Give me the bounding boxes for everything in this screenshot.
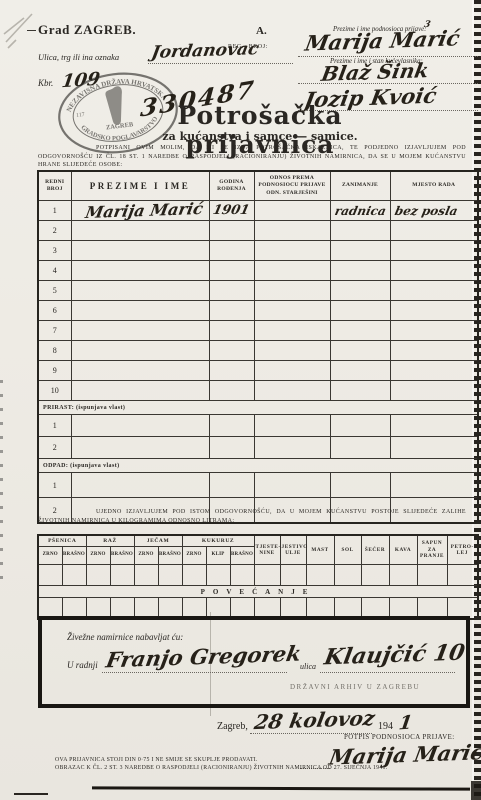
- street2-label: ulica: [300, 662, 316, 671]
- group-kukuruz: KUKURUZ: [182, 535, 254, 547]
- col-tjestenine: TJESTE- NINE: [254, 535, 280, 565]
- date-handwritten: 28 kolovoz: [252, 706, 376, 734]
- row-number: 4: [38, 261, 71, 281]
- table-row: 8: [38, 341, 478, 361]
- col-mast: MAST: [306, 535, 334, 565]
- group-jecam: JEČAM: [134, 535, 182, 547]
- sub-brasno: BRAŠNO: [230, 547, 254, 565]
- street2-rule: [320, 672, 455, 673]
- col-sapun: SAPUN ZA PRANJE: [417, 535, 447, 565]
- table-row: 1: [38, 473, 478, 498]
- row-number: 7: [38, 321, 71, 341]
- persons-header-row: REDNI BROJ PREZIME I IME GODINA ROĐENJA …: [38, 171, 478, 201]
- table-row: 1 Marija Marić 1901 radnica bez posla: [38, 201, 478, 221]
- col-sol: SOL: [334, 535, 361, 565]
- col-kava: KAVA: [389, 535, 417, 565]
- row-number: 1: [38, 201, 71, 221]
- group-raz: RAŽ: [86, 535, 134, 547]
- table-row: 5: [38, 281, 478, 301]
- supplies-group-header-row: PŠENICA RAŽ JEČAM KUKURUZ TJESTE- NINE J…: [38, 535, 478, 547]
- fineprint-line2: OBRAZAC K ČL. 2 ST. 3 NAREDBE O RASPODJE…: [55, 765, 388, 771]
- purchase-declaration-box: Živežne namirnice nabavljat ću: U radnji…: [38, 616, 470, 708]
- street-value-handwritten: Jordanovac: [150, 39, 260, 63]
- sub-zrno: ZRNO: [86, 547, 110, 565]
- table-row: 6: [38, 301, 478, 321]
- row-number: 6: [38, 301, 71, 321]
- supplies-table: PŠENICA RAŽ JEČAM KUKURUZ TJESTE- NINE J…: [37, 534, 479, 620]
- row-number: 5: [38, 281, 71, 301]
- reg-broj-label: REG.- BROJ:: [228, 44, 268, 50]
- archive-stamp-text: DRŽAVNI ARHIV U ZAGREBU: [290, 683, 420, 691]
- date-city-label: Zagreb,: [217, 721, 248, 732]
- persons-table: REDNI BROJ PREZIME I IME GODINA ROĐENJA …: [37, 170, 479, 524]
- sub-zrno: ZRNO: [38, 547, 62, 565]
- table-row: 1: [38, 415, 478, 437]
- fineprint-line1: OVA PRIJAVNICA STOJI DIN 0·75 I NE SMIJE…: [55, 757, 258, 763]
- signature-label: POTPIS PODNOSIOCA PRIJAVE:: [344, 734, 455, 741]
- street-rule: [148, 63, 293, 64]
- prirast-section-row: PRIRAST: (ispunjava vlast): [38, 401, 478, 415]
- shop-street-handwritten: Klaujčić 10: [322, 640, 467, 671]
- year-handwritten: 1: [397, 712, 414, 735]
- scan-bottom-tick: [14, 793, 48, 795]
- form-subtitle: za kućanstva i samce — samice.: [105, 130, 415, 143]
- odpad-section-row: ODPAD: (ispunjava vlast): [38, 459, 478, 473]
- applicant-name-handwritten: Marija Marić: [303, 25, 462, 55]
- year-printed: 194: [378, 721, 393, 732]
- sub-brasno: BRAŠNO: [110, 547, 134, 565]
- purchase-label: Živežne namirnice nabavljat ću:: [67, 632, 183, 642]
- col-header-name: PREZIME I IME: [71, 171, 209, 201]
- supplies-empty-row: [38, 565, 478, 586]
- col-header-workplace: MJESTO RADA: [390, 171, 478, 201]
- row-number: 1: [38, 473, 71, 498]
- col-jestivo-ulje: JESTIVO ULJE: [280, 535, 306, 565]
- prirast-label: PRIRAST: (ispunjava vlast): [38, 401, 478, 415]
- row-number: 2: [38, 437, 71, 459]
- sub-zrno: ZRNO: [134, 547, 158, 565]
- table-row: 3: [38, 241, 478, 261]
- intro-paragraph: POTPISANI OVIM MOLIM, DA MI SE IZDA POTR…: [38, 144, 466, 170]
- scanned-form-page: Grad ZAGREB. Ulica, trg ili ina oznaka J…: [0, 0, 481, 800]
- row-number: 9: [38, 361, 71, 381]
- person-year-handwritten: 1901: [212, 203, 251, 218]
- stray-dash: [27, 30, 36, 31]
- povecanje-label: POVEĆANJE: [38, 586, 478, 598]
- landlord-name1-handwritten: Blaž Šink: [320, 58, 431, 86]
- shop-rule: [102, 672, 287, 673]
- applicant-rule: [298, 56, 478, 57]
- city-heading: Grad ZAGREB.: [38, 22, 136, 38]
- row-number: 2: [38, 221, 71, 241]
- col-petrolej: PETRO- LEJ: [447, 535, 478, 565]
- shop-label: U radnji: [67, 660, 98, 670]
- person-name-handwritten: Marija Marić: [83, 199, 204, 222]
- row-number: 8: [38, 341, 71, 361]
- table-row: 7: [38, 321, 478, 341]
- table-row: 2: [38, 437, 478, 459]
- sub-klip: KLIP: [206, 547, 230, 565]
- col-header-occupation: ZANIMANJE: [330, 171, 390, 201]
- row-number: 10: [38, 381, 71, 401]
- street-label: Ulica, trg ili ina oznaka: [38, 52, 119, 62]
- table-row: 2: [38, 221, 478, 241]
- scan-bottom-line: [92, 786, 470, 790]
- table-row: 10: [38, 381, 478, 401]
- sub-brasno: BRAŠNO: [158, 547, 182, 565]
- person-workplace-handwritten: bez posla: [393, 204, 458, 218]
- row-number: 3: [38, 241, 71, 261]
- table-row: 9: [38, 361, 478, 381]
- form-letter: A.: [256, 25, 267, 37]
- table-row: 4: [38, 261, 478, 281]
- col-header-year: GODINA ROĐENJA: [209, 171, 254, 201]
- person-occupation-handwritten: radnica: [333, 204, 387, 218]
- col-header-num: REDNI BROJ: [38, 171, 71, 201]
- row-number: 1: [38, 415, 71, 437]
- povecanje-row: POVEĆANJE: [38, 586, 478, 598]
- odpad-label: ODPAD: (ispunjava vlast): [38, 459, 478, 473]
- sub-zrno: ZRNO: [182, 547, 206, 565]
- col-secer: ŠEĆER: [361, 535, 389, 565]
- sub-brasno: BRAŠNO: [62, 547, 86, 565]
- supplies-intro-paragraph: UJEDNO IZJAVLJUJEM POD ISTOM ODGOVORNOŠĆ…: [38, 508, 466, 525]
- col-header-relation: ODNOS PREMA PODNOSIOCU PRIJAVE ODN. STAR…: [254, 171, 330, 201]
- left-edge-marks: [0, 380, 3, 590]
- group-psenica: PŠENICA: [38, 535, 86, 547]
- stamp-number: 117: [76, 112, 85, 119]
- scan-corner-blob: [471, 781, 481, 800]
- shop-name-handwritten: Franjo Gregorek: [104, 641, 303, 673]
